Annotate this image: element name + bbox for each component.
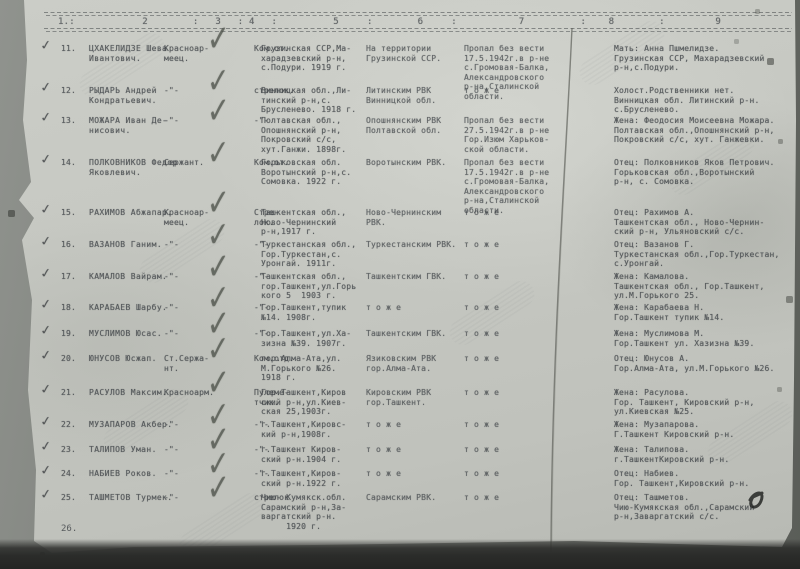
table-row: ✓ 21. РАСУЛОВ Максим. Красноарм. ✓ Пулем… xyxy=(14,388,800,398)
enlistment-office: т о ж е xyxy=(366,445,466,455)
handwritten-check-icon: ✓ xyxy=(207,105,230,119)
row-number: 19. xyxy=(61,329,87,339)
table-row: ✓ 13. МОЖАРА Иван Де- нисович. -"- ✓ -"-… xyxy=(14,116,800,126)
relatives-info: Жена: Карабаева Н. Гор.Ташкент тупик №14… xyxy=(614,303,800,322)
relatives-info: Холост.Родственники нет. Винницкая обл. … xyxy=(614,86,800,115)
enlistment-office: Туркестанским РВК. xyxy=(366,240,466,250)
relatives-info: Жена: Феодосия Моисеевна Можара. Полтавс… xyxy=(614,116,800,145)
birth-place: Винницкая обл.,Ли- тинский р-н,с. Брусле… xyxy=(261,86,361,115)
margin-check-icon: ✓ xyxy=(39,325,52,336)
enlistment-office: Воротынским РВК. xyxy=(366,158,466,168)
handwritten-check-icon: ✓ xyxy=(207,197,230,211)
row-number: 18. xyxy=(61,303,87,313)
fate-note: т о ж е xyxy=(464,388,568,398)
margin-check-icon: ✓ xyxy=(39,350,52,361)
birth-place: Туркестанская обл., Гор.Туркестан,с. Уро… xyxy=(261,240,361,269)
fate-note: т о ж е xyxy=(464,354,568,364)
fate-note: т о ж е xyxy=(464,445,568,455)
handwritten-check-icon: ✓ xyxy=(207,343,230,357)
enlistment-office: Ташкентским ГВК. xyxy=(366,272,466,282)
row-number: 11. xyxy=(61,44,87,54)
enlistment-office: Опошнянским РВК Полтавской обл. xyxy=(366,116,466,135)
row-number: 14. xyxy=(61,158,87,168)
fate-note: т о ж е xyxy=(464,272,568,282)
birth-place: Горьковская обл. Воротынский р-н,с. Сомо… xyxy=(261,158,361,187)
fate-note: Пропал без вести 17.5.1942г.в р-не с.Гро… xyxy=(464,158,568,216)
margin-check-icon: ✓ xyxy=(39,489,52,500)
handwritten-check-icon: ✓ xyxy=(207,482,230,496)
handwritten-check-icon: ✓ xyxy=(207,377,230,391)
birth-place: г.Ташкент,Киров- ский р-н.1922 г. xyxy=(261,469,361,488)
table-row: ✓ 20. ЮНУСОВ Юсжап. Ст.Сержа- нт. ✓ Ком.… xyxy=(14,354,800,364)
row-number: 23. xyxy=(61,445,87,455)
row-number: 16. xyxy=(61,240,87,250)
table-row: ✓ 18. КАРАБАЕВ Шарбу. -"- ✓ -"- Гор.Ташк… xyxy=(14,303,800,313)
birth-place: г.Ташкент,Кировс- кий р-н,1908г. xyxy=(261,420,361,439)
enlistment-office: Язиковским РВК гор.Алма-Ата. xyxy=(366,354,466,373)
row-number: 15. xyxy=(61,208,87,218)
table-rule-top xyxy=(44,12,792,16)
relatives-info: Отец: Юнусов А. Гор.Алма-Ата, ул.М.Горьк… xyxy=(614,354,800,373)
table-row: ✓ 12. РЫДАРЬ Андрей Кондратьевич. -"- ✓ … xyxy=(14,86,800,96)
row-number: 22. xyxy=(61,420,87,430)
relatives-info: Отец: Вазанов Г. Туркестанская обл.,Гор.… xyxy=(614,240,800,269)
document-page: 1.: 2 : 3 : 4 : 5 : 6 : 7 : 8 : 9 ✓ 11. … xyxy=(14,0,796,557)
fate-note: Пропал без вести 27.5.1942г.в р-не Гор.И… xyxy=(464,116,568,154)
row-number: 21. xyxy=(61,388,87,398)
birth-place: г.Ташкент Киров- ский р-н.1904 г. xyxy=(261,445,361,464)
birth-place: Гор.Ташкент,тупик №14. 1908г. xyxy=(261,303,361,322)
handwritten-check-icon: ✓ xyxy=(207,261,230,275)
handwritten-check-icon: ✓ xyxy=(207,147,230,161)
fate-note: т о ж е xyxy=(464,420,568,430)
enlistment-office: Литинским РВК Винницкой обл. xyxy=(366,86,466,105)
relatives-info: Отец: Ташметов. Чию-Кумякская обл.,Сарам… xyxy=(614,493,800,522)
table-row: ✓ 19. МУСЛИМОВ Юсас. -"- ✓ -"- Гор.Ташке… xyxy=(14,329,800,339)
birth-place: Грузинская ССР,Ма- харадзевский р-н, с.П… xyxy=(261,44,361,73)
birth-place: гор.Алма-Ата,ул. М.Горького №26. 1918 г. xyxy=(261,354,361,383)
margin-check-icon: ✓ xyxy=(39,384,52,395)
relatives-info: Отец: Рахимов А. Ташкентская обл., Ново-… xyxy=(614,208,800,237)
margin-check-icon: ✓ xyxy=(39,82,52,93)
relatives-info: Жена: Муслимова М. Гор.Ташкент ул. Хазиз… xyxy=(614,329,800,348)
scanned-photo: 1.: 2 : 3 : 4 : 5 : 6 : 7 : 8 : 9 ✓ 11. … xyxy=(0,0,800,569)
fate-note: т о ж е xyxy=(464,493,568,503)
handwritten-check-icon: ✓ xyxy=(207,75,230,89)
next-row-number: 26. xyxy=(61,524,77,534)
table-row: ✓ 17. КАМАЛОВ Вайрам. -"- ✓ -"- Ташкентс… xyxy=(14,272,800,282)
table-row: ✓ 16. ВАЗАНОВ Ганим. -"- ✓ -"- Туркестан… xyxy=(14,240,800,250)
typewritten-content: 1.: 2 : 3 : 4 : 5 : 6 : 7 : 8 : 9 ✓ 11. … xyxy=(14,0,796,557)
enlistment-office: т о ж е xyxy=(366,303,466,313)
enlistment-office: т о ж е xyxy=(366,420,466,430)
margin-check-icon: ✓ xyxy=(39,465,52,476)
row-number: 24. xyxy=(61,469,87,479)
table-row: ✓ 15. РАХИМОВ Абжапар. Красноар- меец. ✓… xyxy=(14,208,800,218)
birth-place: Гор.Ташкент,ул.Ха- зизна №39. 1907г. xyxy=(261,329,361,348)
enlistment-office: На территории Грузинской ССР. xyxy=(366,44,466,63)
enlistment-office: Ново-Чернинским РВК. xyxy=(366,208,466,227)
handwritten-check-icon: ✓ xyxy=(207,33,230,47)
birth-place: Ташкентская обл., Ново-Чернинский р-н,19… xyxy=(261,208,361,237)
enlistment-office: Сарамским РВК. xyxy=(366,493,466,503)
fate-note: т о ж е xyxy=(464,86,568,96)
paper-stains xyxy=(0,0,1,1)
margin-check-icon: ✓ xyxy=(39,112,52,123)
margin-check-icon: ✓ xyxy=(39,299,52,310)
table-rule-bottom xyxy=(44,28,792,32)
relatives-info: Жена: Камалова. Ташкентская обл., Гор.Та… xyxy=(614,272,800,301)
table-row: ✓ 25. ТАШМЕТОВ Турмек. -"- ✓ стрелок Чию… xyxy=(14,493,800,503)
margin-check-icon: ✓ xyxy=(39,441,52,452)
enlistment-office: т о ж е xyxy=(366,469,466,479)
fate-note: т о ж е xyxy=(464,469,568,479)
birth-place: Полтавская обл., Опошнянский р-н, Покров… xyxy=(261,116,361,154)
table-header-line: 1.: 2 : 3 : 4 : 5 : 6 : 7 : 8 : 9 xyxy=(58,17,721,27)
fate-note: т о ж е xyxy=(464,240,568,250)
fate-note: т о ж е xyxy=(464,208,568,218)
relatives-info: Отец: Набиев. Гор. Ташкент,Кировский р-н… xyxy=(614,469,800,488)
enlistment-office: Кировским РВК гор.Ташкент. xyxy=(366,388,466,407)
birth-place: Ташкентская обл., гор.Ташкент,ул.Горь ко… xyxy=(261,272,361,301)
table-row: ✓ 23. ТАЛИПОВ Уман. -"- ✓ -"- г.Ташкент … xyxy=(14,445,800,455)
row-number: 17. xyxy=(61,272,87,282)
row-number: 20. xyxy=(61,354,87,364)
birth-place: Гор.Ташкент,Киров ский р-н,ул.Киев- ская… xyxy=(261,388,361,417)
margin-check-icon: ✓ xyxy=(39,236,52,247)
margin-check-icon: ✓ xyxy=(39,204,52,215)
margin-check-icon: ✓ xyxy=(39,416,52,427)
margin-check-icon: ✓ xyxy=(39,154,52,165)
row-number: 13. xyxy=(61,116,87,126)
margin-check-icon: ✓ xyxy=(39,40,52,51)
birth-place: Чию- Кумякск.обл. Сарамский р-н,За- варг… xyxy=(261,493,361,531)
row-number: 25. xyxy=(61,493,87,503)
margin-check-icon: ✓ xyxy=(39,268,52,279)
table-row: ✓ 24. НАБИЕВ Роков. -"- ✓ -"- г.Ташкент,… xyxy=(14,469,800,479)
